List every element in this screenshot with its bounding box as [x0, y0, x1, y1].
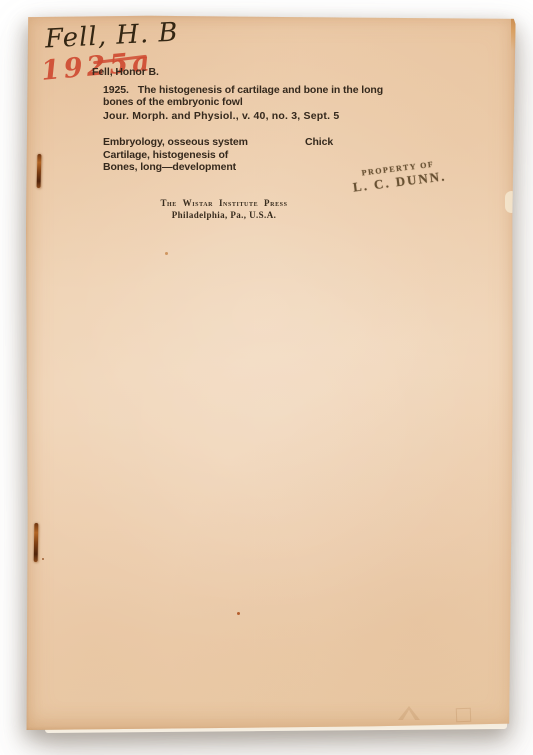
publisher-imprint: The Wistar Institute Press Philadelphia,…: [142, 198, 306, 220]
subject-heading: Bones, long—development: [103, 161, 248, 174]
citation-title-line-1: 1925.The histogenesis of cartilage and b…: [103, 84, 383, 96]
citation-year: 1925.: [103, 84, 129, 96]
journal-reference: Jour. Morph. and Physiol., v. 40, no. 3,…: [103, 110, 339, 122]
faint-embossed-triangle-mark: [398, 706, 420, 720]
right-edge-nick: [505, 191, 518, 213]
paper-speck: [165, 252, 168, 255]
citation-title-block: 1925.The histogenesis of cartilage and b…: [103, 84, 383, 108]
subject-headings-block: Embryology, osseous system Cartilage, hi…: [103, 136, 248, 174]
citation-title-line-2: bones of the embryonic fowl: [103, 96, 383, 108]
citation-title-text: The histogenesis of cartilage and bone i…: [138, 84, 383, 96]
paper-grain-texture: [26, 15, 516, 730]
top-right-rust-chip: [511, 17, 517, 51]
photo-backdrop: Fell, H. B 1925a Fell, Honor B. 1925.The…: [0, 0, 533, 755]
subject-heading: Embryology, osseous system: [103, 136, 248, 149]
publisher-location: Philadelphia, Pa., U.S.A.: [142, 210, 306, 220]
paper-speck: [42, 558, 44, 560]
property-stamp: PROPERTY OF L. C. DUNN.: [343, 157, 455, 196]
typed-author-name: Fell, Honor B.: [92, 66, 159, 78]
pamphlet-shadow-wrap: Fell, H. B 1925a Fell, Honor B. 1925.The…: [0, 0, 533, 755]
pamphlet-cover: Fell, H. B 1925a Fell, Honor B. 1925.The…: [26, 15, 516, 730]
faint-embossed-square-mark: [456, 708, 471, 723]
rusted-staple-bottom: [34, 523, 39, 562]
keyword-chick: Chick: [305, 136, 333, 148]
paper-speck: [237, 612, 240, 615]
rusted-staple-top: [37, 154, 42, 188]
publisher-name: The Wistar Institute Press: [142, 198, 306, 208]
subject-heading: Cartilage, histogenesis of: [103, 149, 248, 162]
